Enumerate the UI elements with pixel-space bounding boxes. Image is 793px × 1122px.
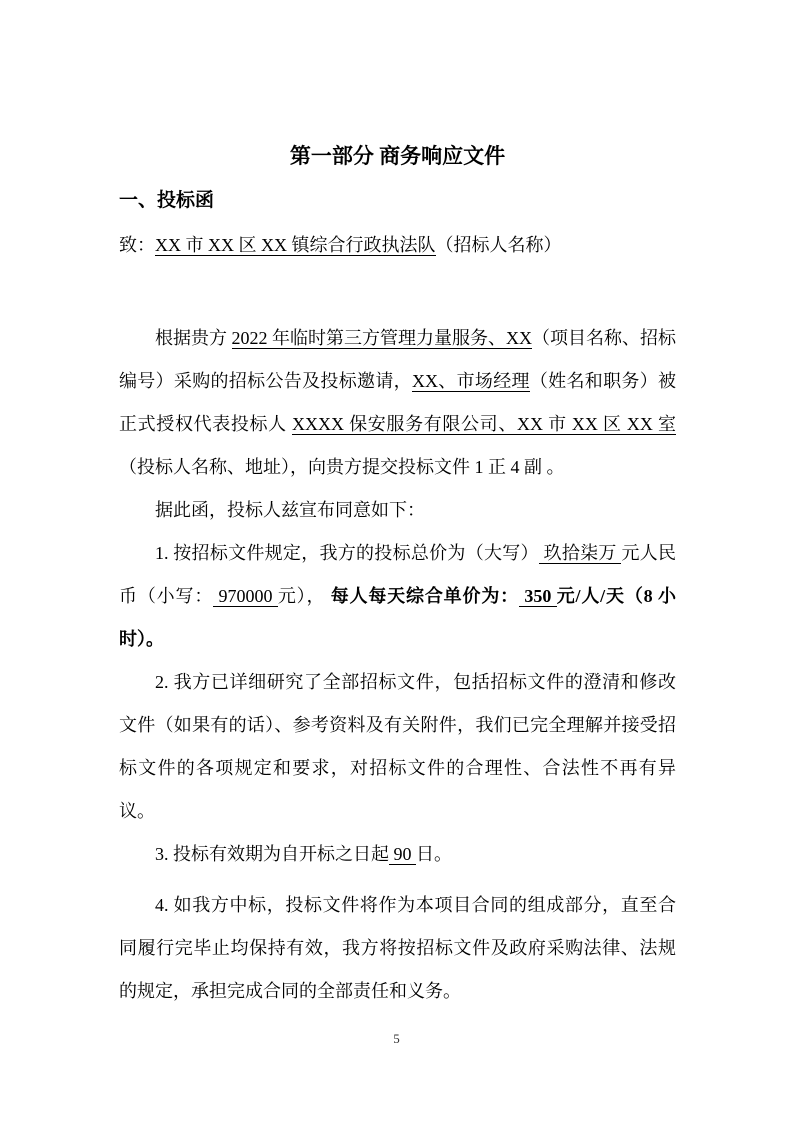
text-run: 4. 如我方中标，投标文件将作为本项目合同的组成部分，直至合同履行完毕止均保持有… bbox=[119, 895, 676, 1001]
document-content: 第一部分 商务响应文件 一、投标函 致：XX 市 XX 区 XX 镇综合行政执法… bbox=[119, 141, 676, 1013]
list-item-3-validity-period: 3. 投标有效期为自开标之日起 90 日。 bbox=[119, 833, 676, 876]
document-page: 第一部分 商务响应文件 一、投标函 致：XX 市 XX 区 XX 镇综合行政执法… bbox=[0, 0, 793, 1122]
list-item-4-contract-obligations: 4. 如我方中标，投标文件将作为本项目合同的组成部分，直至合同履行完毕止均保持有… bbox=[119, 884, 676, 1013]
text-run: 2. 我方已详细研究了全部招标文件，包括招标文件的澄清和修改文件（如果有的话）、… bbox=[119, 672, 676, 821]
document-title: 第一部分 商务响应文件 bbox=[119, 141, 676, 171]
text-run: 每人每天综合单价为： bbox=[331, 586, 519, 606]
filled-blank-underlined: XX、市场经理 bbox=[412, 371, 530, 392]
filled-blank-underlined: XXXX 保安服务有限公司、XX 市 XX 区 XX 室 bbox=[292, 414, 676, 435]
filled-blank-underlined: 2022 年临时第三方管理力量服务、XX bbox=[232, 328, 533, 349]
filled-blank-underlined: 970000 bbox=[213, 586, 278, 607]
salutation-line: 致：XX 市 XX 区 XX 镇综合行政执法队（招标人名称） bbox=[119, 230, 676, 260]
filled-blank-underlined: 玖拾柒万 bbox=[539, 543, 622, 564]
text-run: （招标人名称） bbox=[436, 235, 562, 255]
text-run: 日。 bbox=[416, 844, 452, 864]
text-run: 3. 投标有效期为自开标之日起 bbox=[155, 844, 389, 864]
list-item-2-studied-documents: 2. 我方已详细研究了全部招标文件，包括招标文件的澄清和修改文件（如果有的话）、… bbox=[119, 661, 676, 833]
filled-blank-underlined: 90 bbox=[389, 844, 416, 865]
text-run: 根据贵方 bbox=[155, 328, 232, 348]
text-run: 致： bbox=[119, 235, 155, 255]
filled-blank-underlined: XX 市 XX 区 XX 镇综合行政执法队 bbox=[155, 235, 436, 256]
page-number: 5 bbox=[0, 1031, 793, 1046]
text-run: （投标人名称、地址），向贵方提交投标文件 1 正 4 副 。 bbox=[119, 457, 565, 477]
list-item-1-bid-price: 1. 按招标文件规定，我方的投标总价为（大写） 玖拾柒万 元人民币（小写： 97… bbox=[119, 532, 676, 661]
text-run: 1. 按招标文件规定，我方的投标总价为（大写） bbox=[155, 543, 539, 563]
text-run: 据此函，投标人兹宣布同意如下： bbox=[155, 500, 425, 520]
section-heading-bid-letter: 一、投标函 bbox=[119, 186, 676, 216]
body-paragraphs: 根据贵方 2022 年临时第三方管理力量服务、XX（项目名称、招标编号）采购的招… bbox=[119, 317, 676, 1013]
paragraph-intro: 根据贵方 2022 年临时第三方管理力量服务、XX（项目名称、招标编号）采购的招… bbox=[119, 317, 676, 489]
text-run: 元）， bbox=[278, 586, 331, 606]
filled-blank-underlined: 350 bbox=[519, 586, 557, 607]
paragraph-declaration-lead: 据此函，投标人兹宣布同意如下： bbox=[119, 489, 676, 532]
